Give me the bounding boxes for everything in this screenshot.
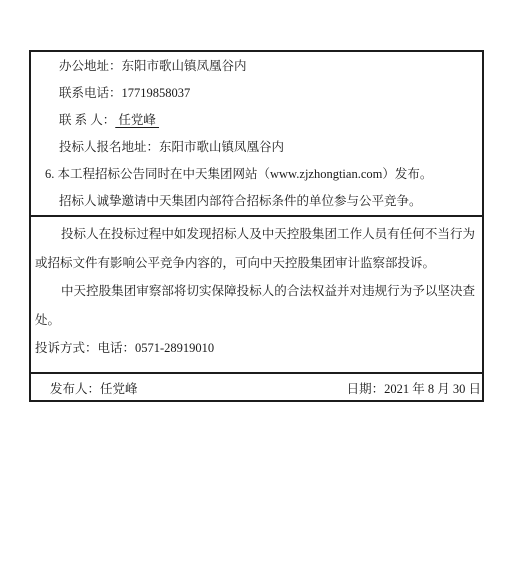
complaint-phone-line: 投诉方式：电话：0571-28919010	[33, 334, 482, 363]
complaint-section: 投标人在投标过程中如发现招标人及中天控股集团工作人员有任何不当行为 或招标文件有…	[31, 215, 482, 372]
page-background: { "colors": { "background": "#ffffff", "…	[0, 0, 513, 571]
publisher: 发布人：任党峰	[50, 379, 138, 397]
contact-person-name: 任党峰	[115, 113, 159, 127]
complaint-text-line: 投标人在投标过程中如发现招标人及中天控股集团工作人员有任何不当行为	[33, 220, 475, 249]
website-publish-line: 6. 本工程招标公告同时在中天集团网站（www.zjzhongtian.com）…	[31, 161, 482, 188]
invitation-line: 招标人诚挚邀请中天集团内部符合招标条件的单位参与公平竞争。	[31, 188, 482, 215]
footer-row: 发布人：任党峰 日期：2021 年 8 月 30 日	[31, 372, 482, 400]
publish-date: 日期：2021 年 8 月 30 日	[347, 379, 481, 397]
announcement-table: 办公地址：东阳市歌山镇凤凰谷内 联系电话：17719858037 联 系 人： …	[29, 50, 484, 402]
phone-line: 联系电话：17719858037	[31, 80, 482, 107]
signup-address-line: 投标人报名地址：东阳市歌山镇凤凰谷内	[31, 134, 482, 161]
contact-person-line: 联 系 人： 任党峰	[31, 107, 482, 134]
complaint-text-line: 中天控股集团审察部将切实保障投标人的合法权益并对违规行为予以坚决查	[33, 277, 475, 306]
contact-info-section: 办公地址：东阳市歌山镇凤凰谷内 联系电话：17719858037 联 系 人： …	[31, 52, 482, 215]
complaint-text-line: 处。	[33, 306, 482, 335]
contact-person-label: 联 系 人：	[59, 113, 115, 127]
complaint-text-line: 或招标文件有影响公平竞争内容的，可向中天控股集团审计监察部投诉。	[33, 249, 482, 278]
office-address-line: 办公地址：东阳市歌山镇凤凰谷内	[31, 53, 482, 80]
